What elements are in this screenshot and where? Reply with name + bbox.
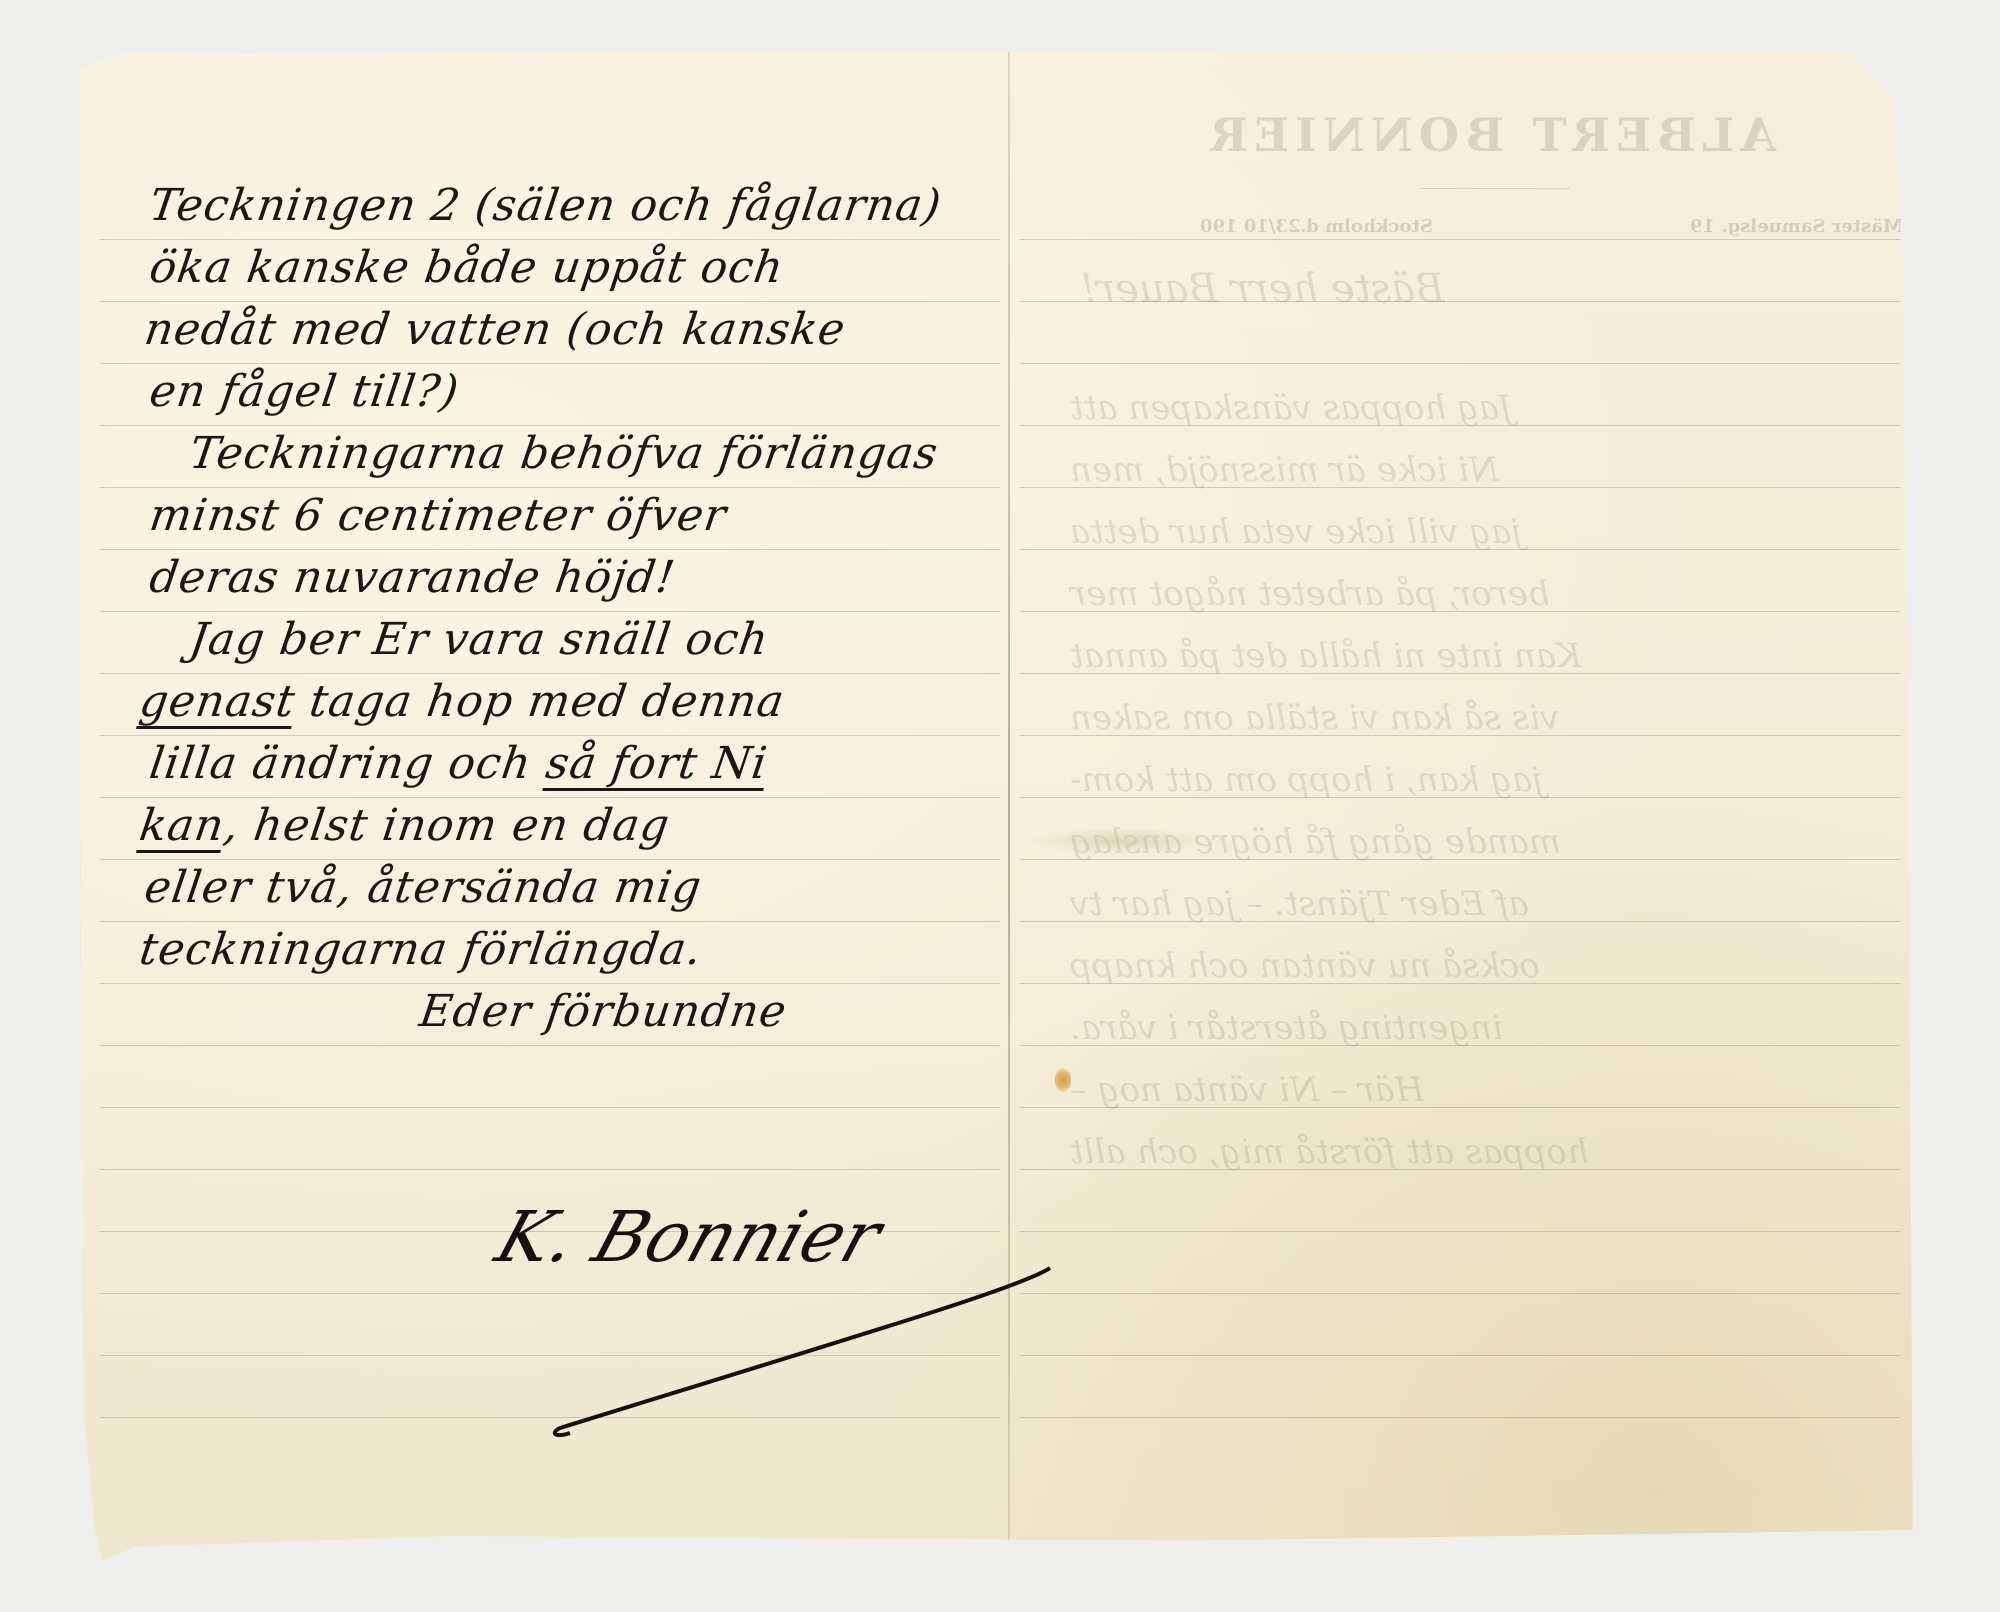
bleedthrough-line: Kan inte ni hålla det på annat <box>1070 636 1582 676</box>
signature-flourish <box>550 1248 1070 1448</box>
handwritten-line: Teckningen 2 (sälen och fåglarna) <box>146 180 944 231</box>
bleedthrough-line: Här – Ni vänta nog – <box>1070 1070 1424 1110</box>
handwritten-line: Jag ber Er vara snäll och <box>186 614 772 665</box>
letterhead-rule <box>1420 188 1570 189</box>
ruled-line <box>100 921 1000 922</box>
bleedthrough-line: jag kan, i hopp om att kom- <box>1070 760 1543 800</box>
ruled-line <box>100 1107 1000 1108</box>
bleedthrough-salutation: Bäste herr Bauer! <box>1080 266 1445 312</box>
handwritten-line: öka kanske både uppåt och <box>146 242 787 293</box>
ruled-line <box>100 425 1000 426</box>
ruled-line <box>100 611 1000 612</box>
ruled-line <box>100 549 1000 550</box>
bleedthrough-line: hoppas att förstå mig, och allt <box>1070 1132 1589 1172</box>
handwritten-line: kan, helst inom en dag <box>136 800 673 851</box>
ruled-line <box>100 239 1000 240</box>
foxing-stain <box>1055 1068 1071 1092</box>
bleedthrough-line: också nu väntan och knapp <box>1070 946 1540 986</box>
handwritten-line: teckningarna förlängda. <box>136 924 705 975</box>
ruled-line <box>100 735 1000 736</box>
bleedthrough-line: Ni icke är missnöjd, men <box>1070 450 1499 490</box>
closing-line: Eder förbundne <box>416 986 790 1037</box>
ruled-line <box>1020 1417 1900 1418</box>
ruled-line <box>1020 1355 1900 1356</box>
handwritten-line: Teckningarna behöfva förlängas <box>186 428 941 479</box>
ruled-line <box>100 859 1000 860</box>
handwritten-line: lilla ändring och så fort Ni <box>146 738 770 789</box>
ruled-line <box>100 301 1000 302</box>
ruled-line <box>100 983 1000 984</box>
letterhead-address-right: Mäster Samuelsg. 19 <box>1690 216 1903 237</box>
ruled-line <box>1020 1293 1900 1294</box>
handwritten-line: eller två, återsända mig <box>141 862 705 913</box>
ruled-line <box>100 487 1000 488</box>
ruled-line <box>1020 1231 1900 1232</box>
bleedthrough-line: beror, på arbetet något mer <box>1070 574 1550 614</box>
ruled-line <box>1020 363 1900 364</box>
bleedthrough-line: af Eder Tjänst. – jag har tv <box>1070 884 1529 924</box>
handwritten-line: genast taga hop med denna <box>136 676 788 727</box>
ruled-line <box>100 673 1000 674</box>
bleedthrough-line: vis så kan vi ställa om saken <box>1070 698 1559 738</box>
paper-crease <box>1020 828 1220 854</box>
bleedthrough-line: Jag hoppas vänskapen att <box>1070 388 1513 428</box>
bleedthrough-line: jag vill icke veta hur detta <box>1070 512 1522 552</box>
bleedthrough-line: ingenting återstår i våra. <box>1070 1008 1503 1048</box>
handwritten-line: nedåt med vatten (och kanske <box>141 304 848 355</box>
letterhead-date: 23/10 190 <box>1200 216 1301 237</box>
handwritten-line: en fågel till?) <box>146 366 462 417</box>
ruled-line <box>100 1169 1000 1170</box>
ruled-line <box>1020 239 1900 240</box>
letter-paper: ALBERT BONNIER Mäster Samuelsg. 19 Stock… <box>80 48 1933 1568</box>
handwritten-line: deras nuvarande höjd! <box>146 552 678 603</box>
ruled-line <box>100 1045 1000 1046</box>
letterhead-name: ALBERT BONNIER <box>1190 108 1790 162</box>
ruled-line <box>100 363 1000 364</box>
letterhead-address-left: Stockholm d. <box>1300 216 1433 237</box>
handwritten-line: minst 6 centimeter öfver <box>146 490 730 541</box>
ruled-line <box>100 797 1000 798</box>
